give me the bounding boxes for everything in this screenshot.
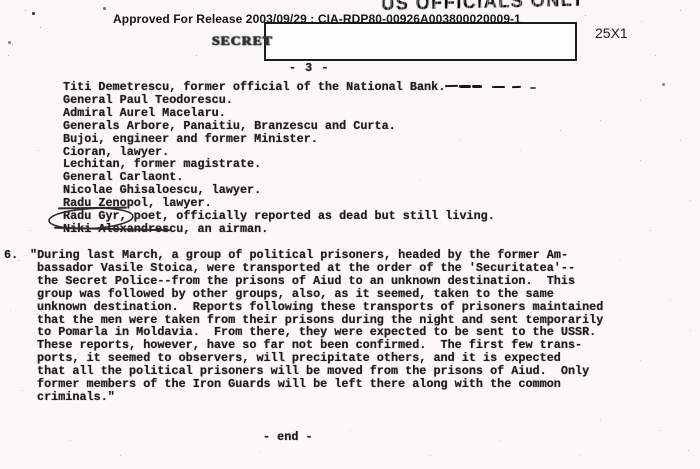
paragraph-line: former members of the Iron Guards will b… xyxy=(30,378,603,391)
paragraph-line: bassador Vasile Stoica, were transported… xyxy=(30,262,603,275)
paragraph-line: unknown destination. Reports following t… xyxy=(30,301,603,314)
pen-dash-mark xyxy=(459,85,471,88)
paragraph-number: 6. xyxy=(4,249,18,262)
scan-noise-speckles xyxy=(0,0,1,1)
paragraph-6: "During last March, a group of political… xyxy=(30,249,603,404)
name-list-line: Generals Arbore, Panaitiu, Branzescu and… xyxy=(63,120,495,133)
name-list-line: General Paul Teodorescu. xyxy=(63,94,495,107)
redaction-box xyxy=(264,22,577,61)
secret-classification-stamp: SECRET xyxy=(212,33,273,49)
name-list-line: Admiral Aurel Macelaru. xyxy=(63,107,495,120)
pen-dash-mark xyxy=(530,87,536,89)
declassification-code: 25X1 xyxy=(595,25,628,41)
name-list-line: Bujoi, engineer and former Minister. xyxy=(63,133,495,146)
paragraph-line: "During last March, a group of political… xyxy=(30,249,603,262)
approved-for-release-line: Approved For Release 2003/09/29 : CIA-RD… xyxy=(113,12,521,26)
end-mark: - end - xyxy=(263,430,313,444)
name-list-line: Titi Demetrescu, former official of the … xyxy=(63,81,495,94)
page-number: - 3 - xyxy=(289,61,329,75)
paragraph-line: the Secret Police--from the prisons of A… xyxy=(30,275,603,288)
pen-dash-mark xyxy=(512,86,521,89)
pen-dash-mark xyxy=(472,85,482,88)
paragraph-line: criminals." xyxy=(30,391,603,404)
document-page: US OFFICIALS ONLY Approved For Release 2… xyxy=(0,0,700,469)
paragraph-line: group was followed by other groups, also… xyxy=(30,288,603,301)
